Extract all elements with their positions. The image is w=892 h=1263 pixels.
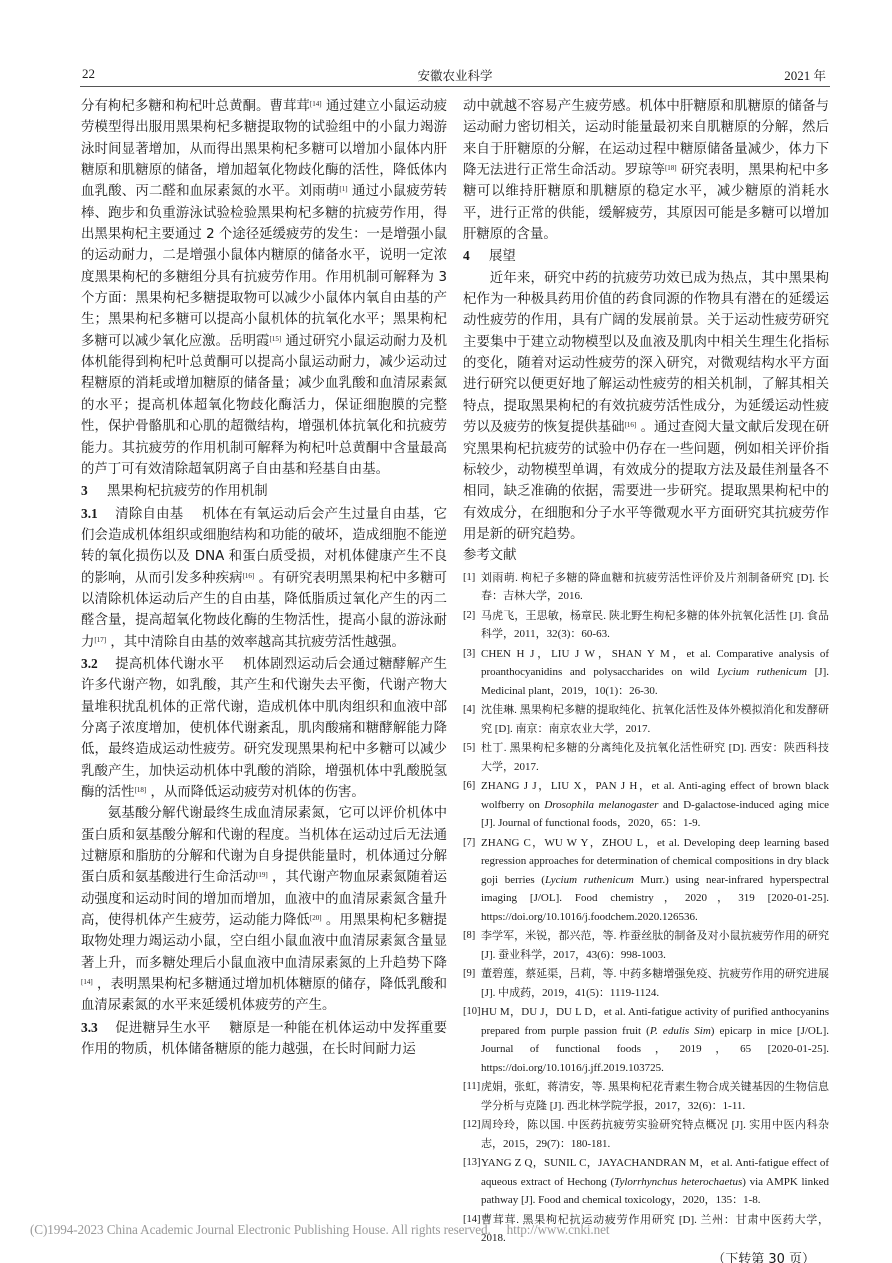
section-heading-3: 3黑果枸杞抗疲劳的作用机制 [81,480,447,502]
reference-text: ZHANG C，WU W Y，ZHOU L，et al. Developing … [481,837,829,923]
citation: [17] [94,636,106,644]
subsection-3-3: 3.3促进糖异生水平糖原是一种能在机体运动中发挥重要作用的物质，机体储备糖原的能… [81,1017,447,1061]
section-heading-4: 4展望 [463,245,829,267]
species-name: Lycium ruthenicum [545,874,634,886]
reference-text: 董碧莲，蔡延渠，吕莉，等. 中药多糖增强免疫、抗疲劳作用的研究进展 [J]. 中… [481,968,829,999]
citation: [14] [310,100,322,108]
reference-number: [13] [463,1154,481,1172]
paragraph-glycogen: 动中就越不容易产生疲劳感。机体中肝糖原和肌糖原的储备与运动耐力密切相关，运动时能… [463,96,829,245]
text: ，表明黑果枸杞多糖通过增加机体糖原的储存，降低乳酸和血清尿素氮的水平来延缓机体疲… [81,977,447,1013]
subsection-number: 3.1 [81,503,115,524]
reference-number: [7] [463,834,475,852]
citation: [20] [310,914,322,922]
continued-on-page: （下转第 30 页） [463,1249,829,1263]
reference-text: 刘雨萌. 枸杞子多糖的降血糖和抗疲劳活性评价及片剂制备研究 [D]. 长春：吉林… [481,572,829,603]
text: 机体剧烈运动后会通过糖酵解产生许多代谢产物，如乳酸，其产生和代谢失去平衡，代谢产… [81,657,447,800]
reference-item: [10]HU M，DU J，DU L D，et al. Anti-fatigue… [463,1003,829,1077]
reference-item: [4]沈佳琳. 黑果枸杞多糖的提取纯化、抗氧化活性及体外模拟消化和发酵研究 [D… [463,701,829,738]
reference-number: [11] [463,1078,480,1096]
subsection-3-1: 3.1清除自由基机体在有氧运动后会产生过量自由基，它们会造成机体组织或细胞结构和… [81,503,447,653]
reference-text: 周玲玲，陈以国. 中医药抗疲劳实验研究特点概况 [J]. 实用中医内科杂志，20… [481,1119,829,1150]
subsection-3-2: 3.2提高机体代谢水平机体剧烈运动后会通过糖酵解产生许多代谢产物，如乳酸，其产生… [81,653,447,803]
paragraph-outlook: 近年来，研究中药的抗疲劳功效已成为热点，其中黑果枸杞作为一种极具药用价值的药食同… [463,268,829,545]
reference-text: HU M，DU J，DU L D，et al. Anti-fatigue act… [481,1006,829,1074]
reference-text: 杜丁. 黑果枸杞多糖的分离纯化及抗氧化活性研究 [D]. 西安：陕西科技大学，2… [481,742,829,773]
species-name: Tylorrhynchus heterochaetus [614,1176,742,1188]
reference-text: YANG Z Q，SUNIL C，JAYACHANDRAN M，et al. A… [481,1157,829,1206]
reference-text: 李学军，米锐，都兴范，等. 柞蚕丝肽的制备及对小鼠抗疲劳作用的研究 [J]. 蚕… [481,930,829,961]
subsection-number: 3.3 [81,1017,115,1038]
reference-item: [7]ZHANG C，WU W Y，ZHOU L，et al. Developi… [463,834,829,927]
species-name: Lycium ruthenicum [717,666,807,678]
section-number: 3 [81,480,107,501]
reference-text: 沈佳琳. 黑果枸杞多糖的提取纯化、抗氧化活性及体外模拟消化和发酵研究 [D]. … [481,704,829,735]
left-column: 分有枸杞多糖和枸杞叶总黄酮。曹茸茸[14] 通过建立小鼠运动疲劳模型得出服用黑果… [81,96,447,1060]
section-title: 黑果枸杞抗疲劳的作用机制 [107,484,268,499]
citation: [18] [665,164,677,172]
year-value: 2021 [784,68,810,83]
citation: [15] [270,335,282,343]
reference-number: [4] [463,701,475,719]
subsection-title: 清除自由基 [115,507,183,522]
reference-item: [12]周玲玲，陈以国. 中医药抗疲劳实验研究特点概况 [J]. 实用中医内科杂… [463,1116,829,1153]
species-name: P. edulis Sim [650,1025,711,1037]
species-name: Drosophila melanogaster [544,799,658,811]
reference-text: 马虎飞，王思敏，杨章民. 陕北野生枸杞多糖的体外抗氧化活性 [J]. 食品科学，… [481,610,829,641]
reference-text: ZHANG J J，LIU X，PAN J H，et al. Anti-agin… [481,780,829,829]
reference-item: [8]李学军，米锐，都兴范，等. 柞蚕丝肽的制备及对小鼠抗疲劳作用的研究 [J]… [463,927,829,964]
text: 。通过查阅大量文献后发现在研究黑果枸杞抗疲劳的试验中仍存在一些问题，例如相关评价… [463,420,829,542]
page-header: 22 安徽农业科学 2021 年 [80,64,830,86]
right-column: 动中就越不容易产生疲劳感。机体中肝糖原和肌糖原的储备与运动耐力密切相关，运动时能… [463,96,829,1263]
header-rule [80,86,830,87]
reference-number: [2] [463,607,475,625]
reference-number: [9] [463,965,475,983]
citation: [14] [81,978,93,986]
text: ，从而降低运动疲劳对机体的伤害。 [146,785,365,800]
reference-number: [3] [463,645,475,663]
paragraph-amino-acid: 氨基酸分解代谢最终生成血清尿素氮，它可以评价机体中蛋白质和氨基酸分解和代谢的程度… [81,803,447,1016]
subsection-title: 提高机体代谢水平 [115,657,224,672]
text: ，其中清除自由基的效率越高其抗疲劳活性越强。 [106,635,405,650]
reference-number: [6] [463,777,475,795]
copyright-footer: (C)1994-2023 China Academic Journal Elec… [30,1222,860,1238]
journal-name: 安徽农业科学 [80,66,830,84]
reference-number: [10] [463,1003,481,1021]
reference-item: [13]YANG Z Q，SUNIL C，JAYACHANDRAN M，et a… [463,1154,829,1210]
reference-text: CHEN H J，LIU J W，SHAN Y M，et al. Compara… [481,648,829,697]
text: 通过小鼠疲劳转棒、跑步和负重游泳试验检验黑果枸杞多糖的抗疲劳作用，得出黑果枸杞主… [81,184,447,348]
reference-item: [3]CHEN H J，LIU J W，SHAN Y M，et al. Comp… [463,645,829,701]
reference-item: [1]刘雨萌. 枸杞子多糖的降血糖和抗疲劳活性评价及片剂制备研究 [D]. 长春… [463,569,829,606]
citation: [16] [243,572,255,580]
reference-item: [2]马虎飞，王思敏，杨章民. 陕北野生枸杞多糖的体外抗氧化活性 [J]. 食品… [463,607,829,644]
cnki-link[interactable]: http://www.cnki.net [507,1222,610,1237]
section-title: 展望 [489,249,516,264]
citation: [16] [625,421,637,429]
reference-item: [5]杜丁. 黑果枸杞多糖的分离纯化及抗氧化活性研究 [D]. 西安：陕西科技大… [463,739,829,776]
text: 近年来，研究中药的抗疲劳功效已成为热点，其中黑果枸杞作为一种极具药用价值的药食同… [463,271,829,435]
reference-number: [1] [463,569,475,587]
copyright-text: (C)1994-2023 China Academic Journal Elec… [30,1222,491,1237]
reference-list: [1]刘雨萌. 枸杞子多糖的降血糖和抗疲劳活性评价及片剂制备研究 [D]. 长春… [463,569,829,1248]
subsection-title: 促进糖异生水平 [115,1021,211,1036]
reference-number: [12] [463,1116,481,1134]
citation: [1] [339,185,347,193]
reference-number: [5] [463,739,475,757]
citation: [18] [135,786,147,794]
paragraph-intro: 分有枸杞多糖和枸杞叶总黄酮。曹茸茸[14] 通过建立小鼠运动疲劳模型得出服用黑果… [81,96,447,480]
citation: [19] [256,871,268,879]
references-heading: 参考文献 [463,545,829,566]
section-number: 4 [463,245,489,266]
reference-text: 虎娟，张虹，蒋清安，等. 黑果枸杞花青素生物合成关键基因的生物信息学分析与克隆 … [481,1081,829,1112]
reference-number: [8] [463,927,475,945]
reference-item: [9]董碧莲，蔡延渠，吕莉，等. 中药多糖增强免疫、抗疲劳作用的研究进展 [J]… [463,965,829,1002]
subsection-number: 3.2 [81,653,115,674]
reference-item: [6]ZHANG J J，LIU X，PAN J H，et al. Anti-a… [463,777,829,833]
text: 通过研究小鼠运动耐力及机体机能得到枸杞叶总黄酮可以提高小鼠运动耐力，减少运动过程… [81,334,447,477]
year-suffix: 年 [813,68,826,83]
text: 分有枸杞多糖和枸杞叶总黄酮。曹茸茸 [81,99,310,114]
publication-year: 2021 年 [784,66,826,84]
reference-item: [11]虎娟，张虹，蒋清安，等. 黑果枸杞花青素生物合成关键基因的生物信息学分析… [463,1078,829,1115]
